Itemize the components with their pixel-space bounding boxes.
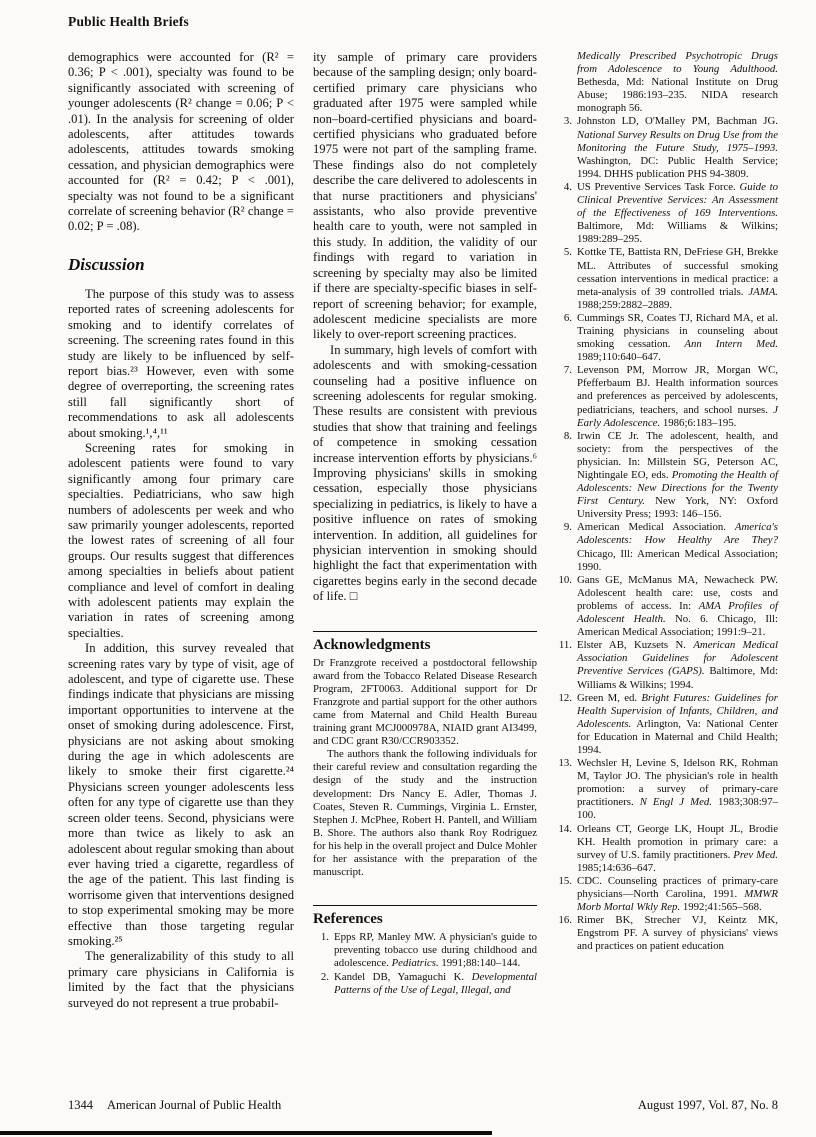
reference-number: 8. xyxy=(556,430,577,443)
footer-journal-title: American Journal of Public Health xyxy=(107,1098,281,1112)
reference-number: 10. xyxy=(556,574,577,587)
column-1: demographics were accounted for (R² = 0.… xyxy=(68,50,294,1011)
references-section: References 1.Epps RP, Manley MW. A physi… xyxy=(313,905,537,996)
reference-list-column-2: 1.Epps RP, Manley MW. A physician's guid… xyxy=(313,931,537,996)
reference-item: 13.Wechsler H, Levine S, Idelson RK, Roh… xyxy=(556,757,778,822)
reference-number: 7. xyxy=(556,364,577,377)
reference-number: 3. xyxy=(556,115,577,128)
paragraph-discussion-4: The generalizability of this study to al… xyxy=(68,949,294,1011)
paragraph-discussion-3: In addition, this survey revealed that s… xyxy=(68,641,294,949)
reference-item: 9.American Medical Association. America'… xyxy=(556,521,778,573)
reference-number: 4. xyxy=(556,181,577,194)
reference-number: 2. xyxy=(313,971,334,984)
reference-item: 10.Gans GE, McManus MA, Newacheck PW. Ad… xyxy=(556,574,778,639)
acknowledgments-paragraph-1: Dr Franzgrote received a postdoctoral fe… xyxy=(313,657,537,749)
article-body: demographics were accounted for (R² = 0.… xyxy=(68,50,778,1011)
reference-number: 15. xyxy=(556,875,577,888)
running-head: Public Health Briefs xyxy=(68,14,189,30)
reference-number: 16. xyxy=(556,914,577,927)
reference-list-column-3: Medically Prescribed Psychotropic Drugs … xyxy=(556,50,778,953)
reference-number: 9. xyxy=(556,521,577,534)
acknowledgments-paragraph-2: The authors thank the following individu… xyxy=(313,748,537,879)
paragraph-discussion-2: Screening rates for smoking in adolescen… xyxy=(68,441,294,641)
reference-number: 13. xyxy=(556,757,577,770)
scan-artifact-bar xyxy=(0,1131,492,1135)
reference-item: 5.Kottke TE, Battista RN, DeFriese GH, B… xyxy=(556,246,778,311)
reference-item: 6.Cummings SR, Coates TJ, Richard MA, et… xyxy=(556,312,778,364)
reference-number: 6. xyxy=(556,312,577,325)
page-footer: 1344American Journal of Public Health Au… xyxy=(68,1098,778,1113)
reference-number: 5. xyxy=(556,246,577,259)
paragraph-discussion-5: ity sample of primary care providers bec… xyxy=(313,50,537,343)
journal-page: Public Health Briefs demographics were a… xyxy=(0,0,816,1137)
reference-item: 7.Levenson PM, Morrow JR, Morgan WC, Pfe… xyxy=(556,364,778,429)
reference-item: 8.Irwin CE Jr. The adolescent, health, a… xyxy=(556,430,778,522)
acknowledgments-heading: Acknowledgments xyxy=(313,631,537,654)
paragraph-results-continuation: demographics were accounted for (R² = 0.… xyxy=(68,50,294,235)
reference-item: 15.CDC. Counseling practices of primary-… xyxy=(556,875,778,914)
footer-issue-info: August 1997, Vol. 87, No. 8 xyxy=(638,1098,778,1113)
column-2: ity sample of primary care providers bec… xyxy=(313,50,537,1011)
reference-item: 2.Kandel DB, Yamaguchi K. Developmental … xyxy=(313,971,537,997)
paragraph-discussion-6: In summary, high levels of comfort with … xyxy=(313,343,537,605)
footer-page-number: 1344 xyxy=(68,1098,93,1112)
reference-item: 12.Green M, ed. Bright Futures: Guidelin… xyxy=(556,692,778,757)
reference-item: 3.Johnston LD, O'Malley PM, Bachman JG. … xyxy=(556,115,778,180)
footer-left: 1344American Journal of Public Health xyxy=(68,1098,281,1113)
reference-item: 11.Elster AB, Kuzsets N. American Medica… xyxy=(556,639,778,691)
reference-item: 4.US Preventive Services Task Force. Gui… xyxy=(556,181,778,246)
reference-item: 1.Epps RP, Manley MW. A physician's guid… xyxy=(313,931,537,970)
reference-number: 11. xyxy=(556,639,577,652)
reference-continuation: Medically Prescribed Psychotropic Drugs … xyxy=(556,50,778,115)
references-heading: References xyxy=(313,905,537,928)
acknowledgments-section: Acknowledgments Dr Franzgrote received a… xyxy=(313,631,537,880)
reference-number: 14. xyxy=(556,823,577,836)
paragraph-discussion-1: The purpose of this study was to assess … xyxy=(68,287,294,441)
reference-list-continued: 3.Johnston LD, O'Malley PM, Bachman JG. … xyxy=(556,115,778,953)
reference-number: 1. xyxy=(313,931,334,944)
discussion-heading: Discussion xyxy=(68,255,294,275)
reference-item: 14.Orleans CT, George LK, Houpt JL, Brod… xyxy=(556,823,778,875)
reference-number: 12. xyxy=(556,692,577,705)
reference-item: 16.Rimer BK, Strecher VJ, Keintz MK, Eng… xyxy=(556,914,778,953)
column-3: Medically Prescribed Psychotropic Drugs … xyxy=(556,50,778,1011)
